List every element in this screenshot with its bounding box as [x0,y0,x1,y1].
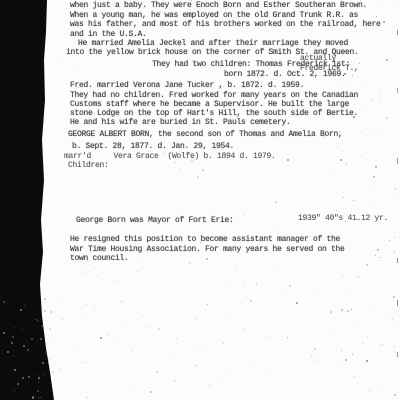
scan-noise-speck [78,271,79,272]
scan-noise-speck [373,130,374,131]
scan-noise-speck [54,338,55,339]
document-line: town council. [70,254,129,263]
scan-noise-speck [31,338,33,340]
document-line: marr'd Vera Grace (Wolfe) b. 1894 d. 197… [64,152,276,161]
scan-noise-speck [50,311,52,313]
scan-noise-speck [366,264,368,266]
scan-edge-artifact [397,158,398,164]
scan-noise-speck [240,66,241,67]
scan-noise-speck [324,137,325,138]
document-line: War Time Housing Association. For many y… [70,245,345,254]
scan-noise-speck [28,376,30,378]
scan-noise-speck [35,319,36,320]
scan-noise-speck [369,186,370,187]
scanned-page: with his parentswhen just a baby. They w… [0,0,400,400]
scan-noise-speck [175,162,176,163]
scan-noise-speck [296,302,298,304]
scan-noise-speck [369,390,370,391]
scan-noise-speck [20,309,22,311]
scan-noise-speck [14,356,15,357]
scan-noise-speck [77,69,78,70]
scan-noise-speck [379,93,380,94]
scan-noise-speck [23,345,25,347]
scan-noise-speck [43,374,44,375]
scan-noise-speck [150,391,152,393]
scan-noise-speck [22,329,23,330]
document-line: Children: [68,161,109,170]
document-line: and in the U.S.A. [70,30,147,39]
scan-noise-speck [354,376,355,377]
document-line: George Born was Mayor of Fort Erie: [76,216,234,225]
scan-noise-speck [226,285,227,286]
scan-noise-speck [250,367,251,368]
scan-noise-speck [209,214,210,215]
scan-edge-artifact [397,300,398,306]
scan-noise-speck [333,116,334,117]
scan-noise-speck [202,169,204,171]
scan-noise-speck [395,325,396,326]
typewritten-text-layer: with his parentswhen just a baby. They w… [0,0,400,400]
scan-noise-speck [361,131,362,132]
document-line: stone Lodge on the top of Hart's Hill, t… [70,109,358,118]
scan-noise-speck [352,75,353,76]
scan-noise-speck [82,362,83,363]
scan-noise-speck [244,62,245,63]
document-line: Fred. married Verona Jane Tucker , b. 18… [70,81,304,90]
document-line: He resigned this position to become assi… [70,235,340,244]
document-line: b. Sept. 28, 1877. d. Jan. 29, 1954. [72,142,234,151]
document-line: They had no children. Fred worked for ma… [70,91,358,100]
scan-noise-speck [38,382,39,383]
scan-noise-speck [360,156,361,157]
scan-noise-speck [346,82,347,83]
scan-noise-speck [375,255,376,256]
scan-noise-speck [383,21,385,23]
scan-noise-speck [62,319,63,320]
document-line: He and his wife are buried in St. Pauls … [70,118,291,127]
scan-noise-speck [197,176,199,178]
scan-noise-speck [38,397,39,398]
scan-noise-speck [345,359,347,361]
scan-noise-speck [37,320,38,321]
scan-noise-speck [287,159,289,161]
scan-noise-speck [94,113,95,114]
scan-noise-speck [376,129,377,130]
scan-noise-speck [373,176,375,178]
scan-noise-speck [61,297,62,298]
scan-noise-speck [97,132,98,133]
scan-noise-speck [89,130,90,131]
document-line: 1939" 40"s 41.12 yr. [298,214,388,223]
scan-noise-speck [14,390,15,391]
scan-edge-artifact [397,258,398,263]
document-line: born 1872. d. Oct. 2, 1969. [224,70,346,79]
scan-noise-speck [340,80,341,81]
scan-noise-speck [22,377,24,379]
scan-noise-speck [266,368,267,369]
scan-noise-speck [192,60,193,61]
document-line: He married Amelia Jeckel and after their… [78,39,348,48]
scan-noise-speck [311,356,312,357]
scan-noise-speck [17,383,19,385]
scan-noise-speck [320,164,321,165]
scan-noise-speck [356,218,358,220]
scan-noise-speck [235,270,236,271]
scan-edge-artifact [397,88,398,93]
scan-noise-speck [158,328,160,330]
scan-noise-speck [87,260,89,262]
scan-noise-speck [94,306,95,307]
scan-noise-speck [346,164,347,165]
scan-noise-speck [341,245,342,246]
scan-noise-speck [42,325,44,327]
scan-noise-speck [352,354,353,355]
document-line: Customs staff where he became a Supervis… [70,100,349,109]
scan-noise-speck [353,200,354,201]
document-line: when just a baby. They were Enoch Born a… [70,1,367,10]
scan-noise-speck [195,318,196,319]
scan-noise-speck [372,203,373,204]
document-line: GEORGE ALBERT BORN, the second son of Th… [68,130,343,139]
scan-edge-artifact [397,30,398,35]
scan-noise-speck [40,397,41,398]
scan-noise-speck [12,336,14,338]
document-line: was his father, and most of his brothers… [70,20,381,29]
scan-noise-speck [289,285,291,287]
scan-noise-speck [6,303,7,304]
scan-noise-speck [330,329,331,330]
scan-noise-speck [342,275,343,276]
scan-noise-speck [52,371,54,373]
scan-edge-artifact [397,352,398,357]
scan-noise-speck [381,4,382,5]
scan-noise-speck [185,116,186,117]
scan-noise-speck [314,289,315,290]
scan-noise-speck [37,390,39,392]
scan-noise-speck [287,337,288,338]
scan-noise-speck [140,135,141,136]
document-line: When a young man, he was employed on the… [70,11,358,20]
scan-noise-speck [180,169,181,170]
scan-noise-speck [367,336,368,337]
scan-noise-speck [7,351,9,353]
scan-noise-speck [340,159,342,161]
scan-noise-speck [82,32,83,33]
scan-noise-speck [142,315,143,316]
scan-noise-speck [100,337,102,339]
scan-noise-speck [314,348,316,350]
scan-noise-speck [393,296,395,298]
scan-noise-speck [44,310,46,312]
scan-noise-speck [117,281,118,282]
scan-noise-speck [386,117,388,119]
